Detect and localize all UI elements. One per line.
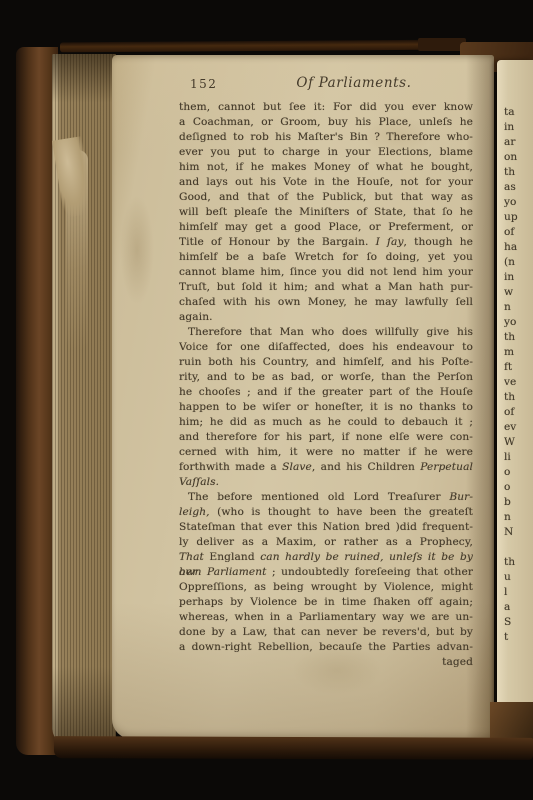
text-line: Vaſſals.	[179, 475, 473, 490]
text-line: whereas, when in a Parliamentary way we …	[179, 610, 473, 625]
sliver-text-line: ve	[504, 375, 533, 390]
sliver-text-line: n	[504, 510, 533, 525]
sliver-text-line: ar	[504, 135, 533, 150]
paper-stain	[120, 195, 154, 305]
sliver-text-line: th	[504, 330, 533, 345]
running-title: Of Parliaments.	[179, 75, 473, 91]
sliver-text-line: th	[504, 555, 533, 570]
text-line: Title of Honour by the Bargain. I ſay, t…	[179, 235, 473, 250]
sliver-text-line: of	[504, 405, 533, 420]
text-line: and lays out his Vote in the Houſe, not …	[179, 175, 473, 190]
text-line: him not, if he makes Money of what he bo…	[179, 160, 473, 175]
sliver-text-line: N	[504, 525, 533, 540]
sliver-text-line: S	[504, 615, 533, 630]
sliver-text-line: on	[504, 150, 533, 165]
text-line: leigh, (who is thought to have been the …	[179, 505, 473, 520]
text-line: he chooſes ; and if the greater part of …	[179, 385, 473, 400]
page-header: 152 Of Parliaments.	[179, 75, 473, 93]
sliver-text-line: ft	[504, 360, 533, 375]
text-line: taged	[179, 655, 473, 670]
text-line: again.	[179, 310, 473, 325]
text-line: ly deliver as a Maxim, or rather as a Pr…	[179, 535, 473, 550]
sliver-text-line: t	[504, 630, 533, 645]
text-line: That England can hardly be ruined, unleſ…	[179, 550, 473, 565]
next-page-sliver: tainaronthasyoupofha(ninwnyothmftvethofe…	[497, 60, 533, 748]
text-line: cerned with him, it were no matter if he…	[179, 445, 473, 460]
sliver-text-line: b	[504, 495, 533, 510]
sliver-text-line: o	[504, 480, 533, 495]
sliver-text-line: w	[504, 285, 533, 300]
text-line: deſigned to rob his Maſter's Bin ? There…	[179, 130, 473, 145]
sliver-text-line: th	[504, 390, 533, 405]
sliver-text-line: of	[504, 225, 533, 240]
sliver-text-line: l	[504, 585, 533, 600]
text-line: forthwith made a Slave, and his Children…	[179, 460, 473, 475]
text-line: happen to be wiſer or honeſter, it is no…	[179, 400, 473, 415]
book-cover-top-tab	[418, 38, 466, 51]
sliver-text-line: li	[504, 450, 533, 465]
book-page: 152 Of Parliaments. them, cannot but ſee…	[112, 55, 494, 739]
next-page-text-edge: tainaronthasyoupofha(ninwnyothmftvethofe…	[504, 105, 533, 645]
book-top-edge	[60, 40, 442, 53]
text-line: perhaps by Violence be in time ſhaken of…	[179, 595, 473, 610]
text-line: Therefore that Man who does willfully gi…	[179, 325, 473, 340]
sliver-text-line: in	[504, 120, 533, 135]
text-line: them, cannot but ſee it: For did you eve…	[179, 100, 473, 115]
text-line: Good, and that of the Publick, but that …	[179, 190, 473, 205]
sliver-text-line: u	[504, 570, 533, 585]
sliver-text-line: as	[504, 180, 533, 195]
text-line: own Parliament ; undoubtedly foreſeeing …	[179, 565, 473, 580]
text-line: The before mentioned old Lord Treaſurer …	[179, 490, 473, 505]
text-line: himſelf may get a good Place, or Preferm…	[179, 220, 473, 235]
text-line: a down-right Rebellion, becauſe the Part…	[179, 640, 473, 655]
text-line: Oppreſſions, as being wrought by Violenc…	[179, 580, 473, 595]
sliver-text-line: yo	[504, 195, 533, 210]
sliver-text-line: ha	[504, 240, 533, 255]
sliver-text-line: in	[504, 270, 533, 285]
text-line: a Coachman, or Groom, buy his Place, unl…	[179, 115, 473, 130]
sliver-text-line: ev	[504, 420, 533, 435]
gutter-shadow	[466, 55, 494, 739]
sliver-text-line	[504, 540, 533, 555]
sliver-text-line: ta	[504, 105, 533, 120]
sliver-text-line: yo	[504, 315, 533, 330]
text-line: done by a Law, that can never be revers'…	[179, 625, 473, 640]
text-line: ruin both his Country, and himſelf, and …	[179, 355, 473, 370]
sliver-text-line: n	[504, 300, 533, 315]
text-line: Stateſman that ever this Nation bred )di…	[179, 520, 473, 535]
text-line: himſelf be a baſe Wretch for ſo doing, y…	[179, 250, 473, 265]
text-line: Truſt, but ſold it him; and what a Man h…	[179, 280, 473, 295]
text-line: chaſed with his own Money, he may lawful…	[179, 295, 473, 310]
text-line: and therefore for his part, if none elſe…	[179, 430, 473, 445]
text-line: ever you put to charge in your Elections…	[179, 145, 473, 160]
sliver-text-line: W	[504, 435, 533, 450]
text-line: Voice for one diſaffected, does his ende…	[179, 340, 473, 355]
body-text: them, cannot but ſee it: For did you eve…	[179, 100, 473, 670]
sliver-text-line: th	[504, 165, 533, 180]
text-line: rity, and to be as bad, or worſe, than t…	[179, 370, 473, 385]
sliver-text-line: a	[504, 600, 533, 615]
sliver-text-line: o	[504, 465, 533, 480]
text-line: cannot blame him, ſince you did not lend…	[179, 265, 473, 280]
text-line: him; he did as much as he could to debau…	[179, 415, 473, 430]
sliver-text-line: m	[504, 345, 533, 360]
book-photo: 152 Of Parliaments. them, cannot but ſee…	[0, 0, 533, 800]
sliver-text-line: (n	[504, 255, 533, 270]
text-line: will beſt pleaſe the Miniſters of State,…	[179, 205, 473, 220]
sliver-text-line: up	[504, 210, 533, 225]
book-bottom-board	[54, 736, 533, 760]
